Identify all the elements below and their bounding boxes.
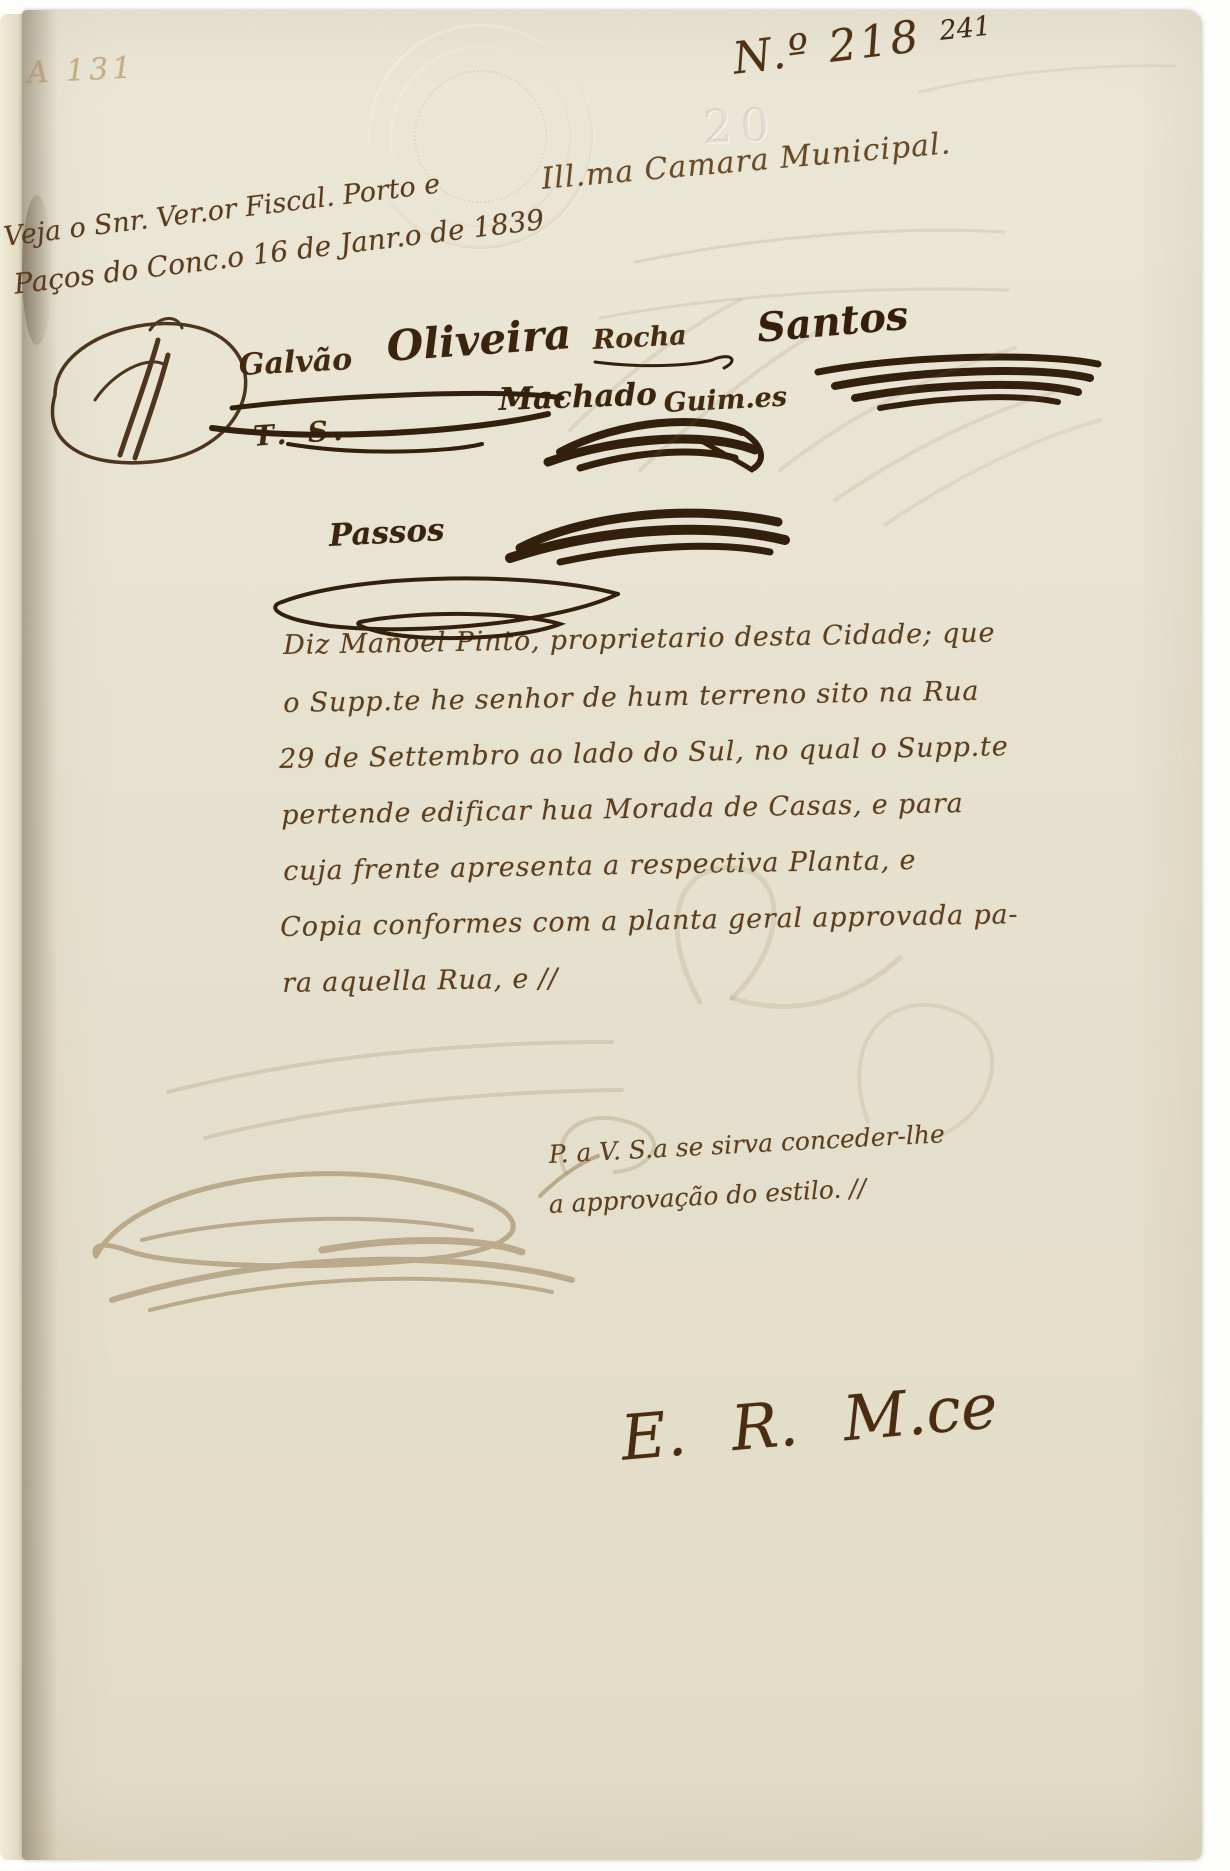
case-number: N.º 218 bbox=[730, 11, 924, 85]
petition-line: ra aquella Rua, e // bbox=[282, 963, 559, 999]
request-line-1: P. a V. S.a se sirva conceder-lhe bbox=[548, 1119, 945, 1169]
petition-line: Copia conformes com a planta geral appro… bbox=[280, 899, 1019, 943]
signature-machado: Machado bbox=[498, 376, 657, 418]
signature-oliveira: Oliveira bbox=[385, 309, 573, 371]
petition-line: cuja frente apresenta a respectiva Plant… bbox=[283, 845, 917, 887]
petition-line: Diz Manoel Pinto, proprietario desta Cid… bbox=[283, 618, 995, 661]
signature-rocha: Rocha bbox=[592, 320, 688, 356]
petition-line: 29 de Settembro ao lado do Sul, no qual … bbox=[279, 731, 1009, 775]
request-line-2: a approvação do estilo. // bbox=[548, 1173, 867, 1219]
signature-passos: Passos bbox=[328, 512, 445, 554]
scanned-manuscript-page: 20 241 N.º 218 A 131 Ill.ma Camara Munic… bbox=[0, 0, 1230, 1871]
valediction-erm: E. R. M.ce bbox=[618, 1369, 1000, 1475]
archive-note: A 131 bbox=[26, 50, 136, 91]
signature-galvao: Galvão bbox=[238, 342, 353, 383]
petition-line: o Supp.te he senhor de hum terreno sito … bbox=[283, 676, 980, 719]
signature-initials: T. S. bbox=[252, 413, 350, 453]
document-content: 20 241 N.º 218 A 131 Ill.ma Camara Munic… bbox=[0, 0, 1230, 1871]
folio-number: 241 bbox=[938, 11, 993, 47]
rubric-oval-signature bbox=[52, 318, 245, 462]
petition-line: pertende edificar hua Morada de Casas, e… bbox=[281, 788, 964, 831]
signature-santos: Santos bbox=[755, 292, 910, 352]
signature-guimaraes: Guim.es bbox=[663, 382, 788, 419]
bleed-through-large-flourish bbox=[95, 1156, 598, 1310]
